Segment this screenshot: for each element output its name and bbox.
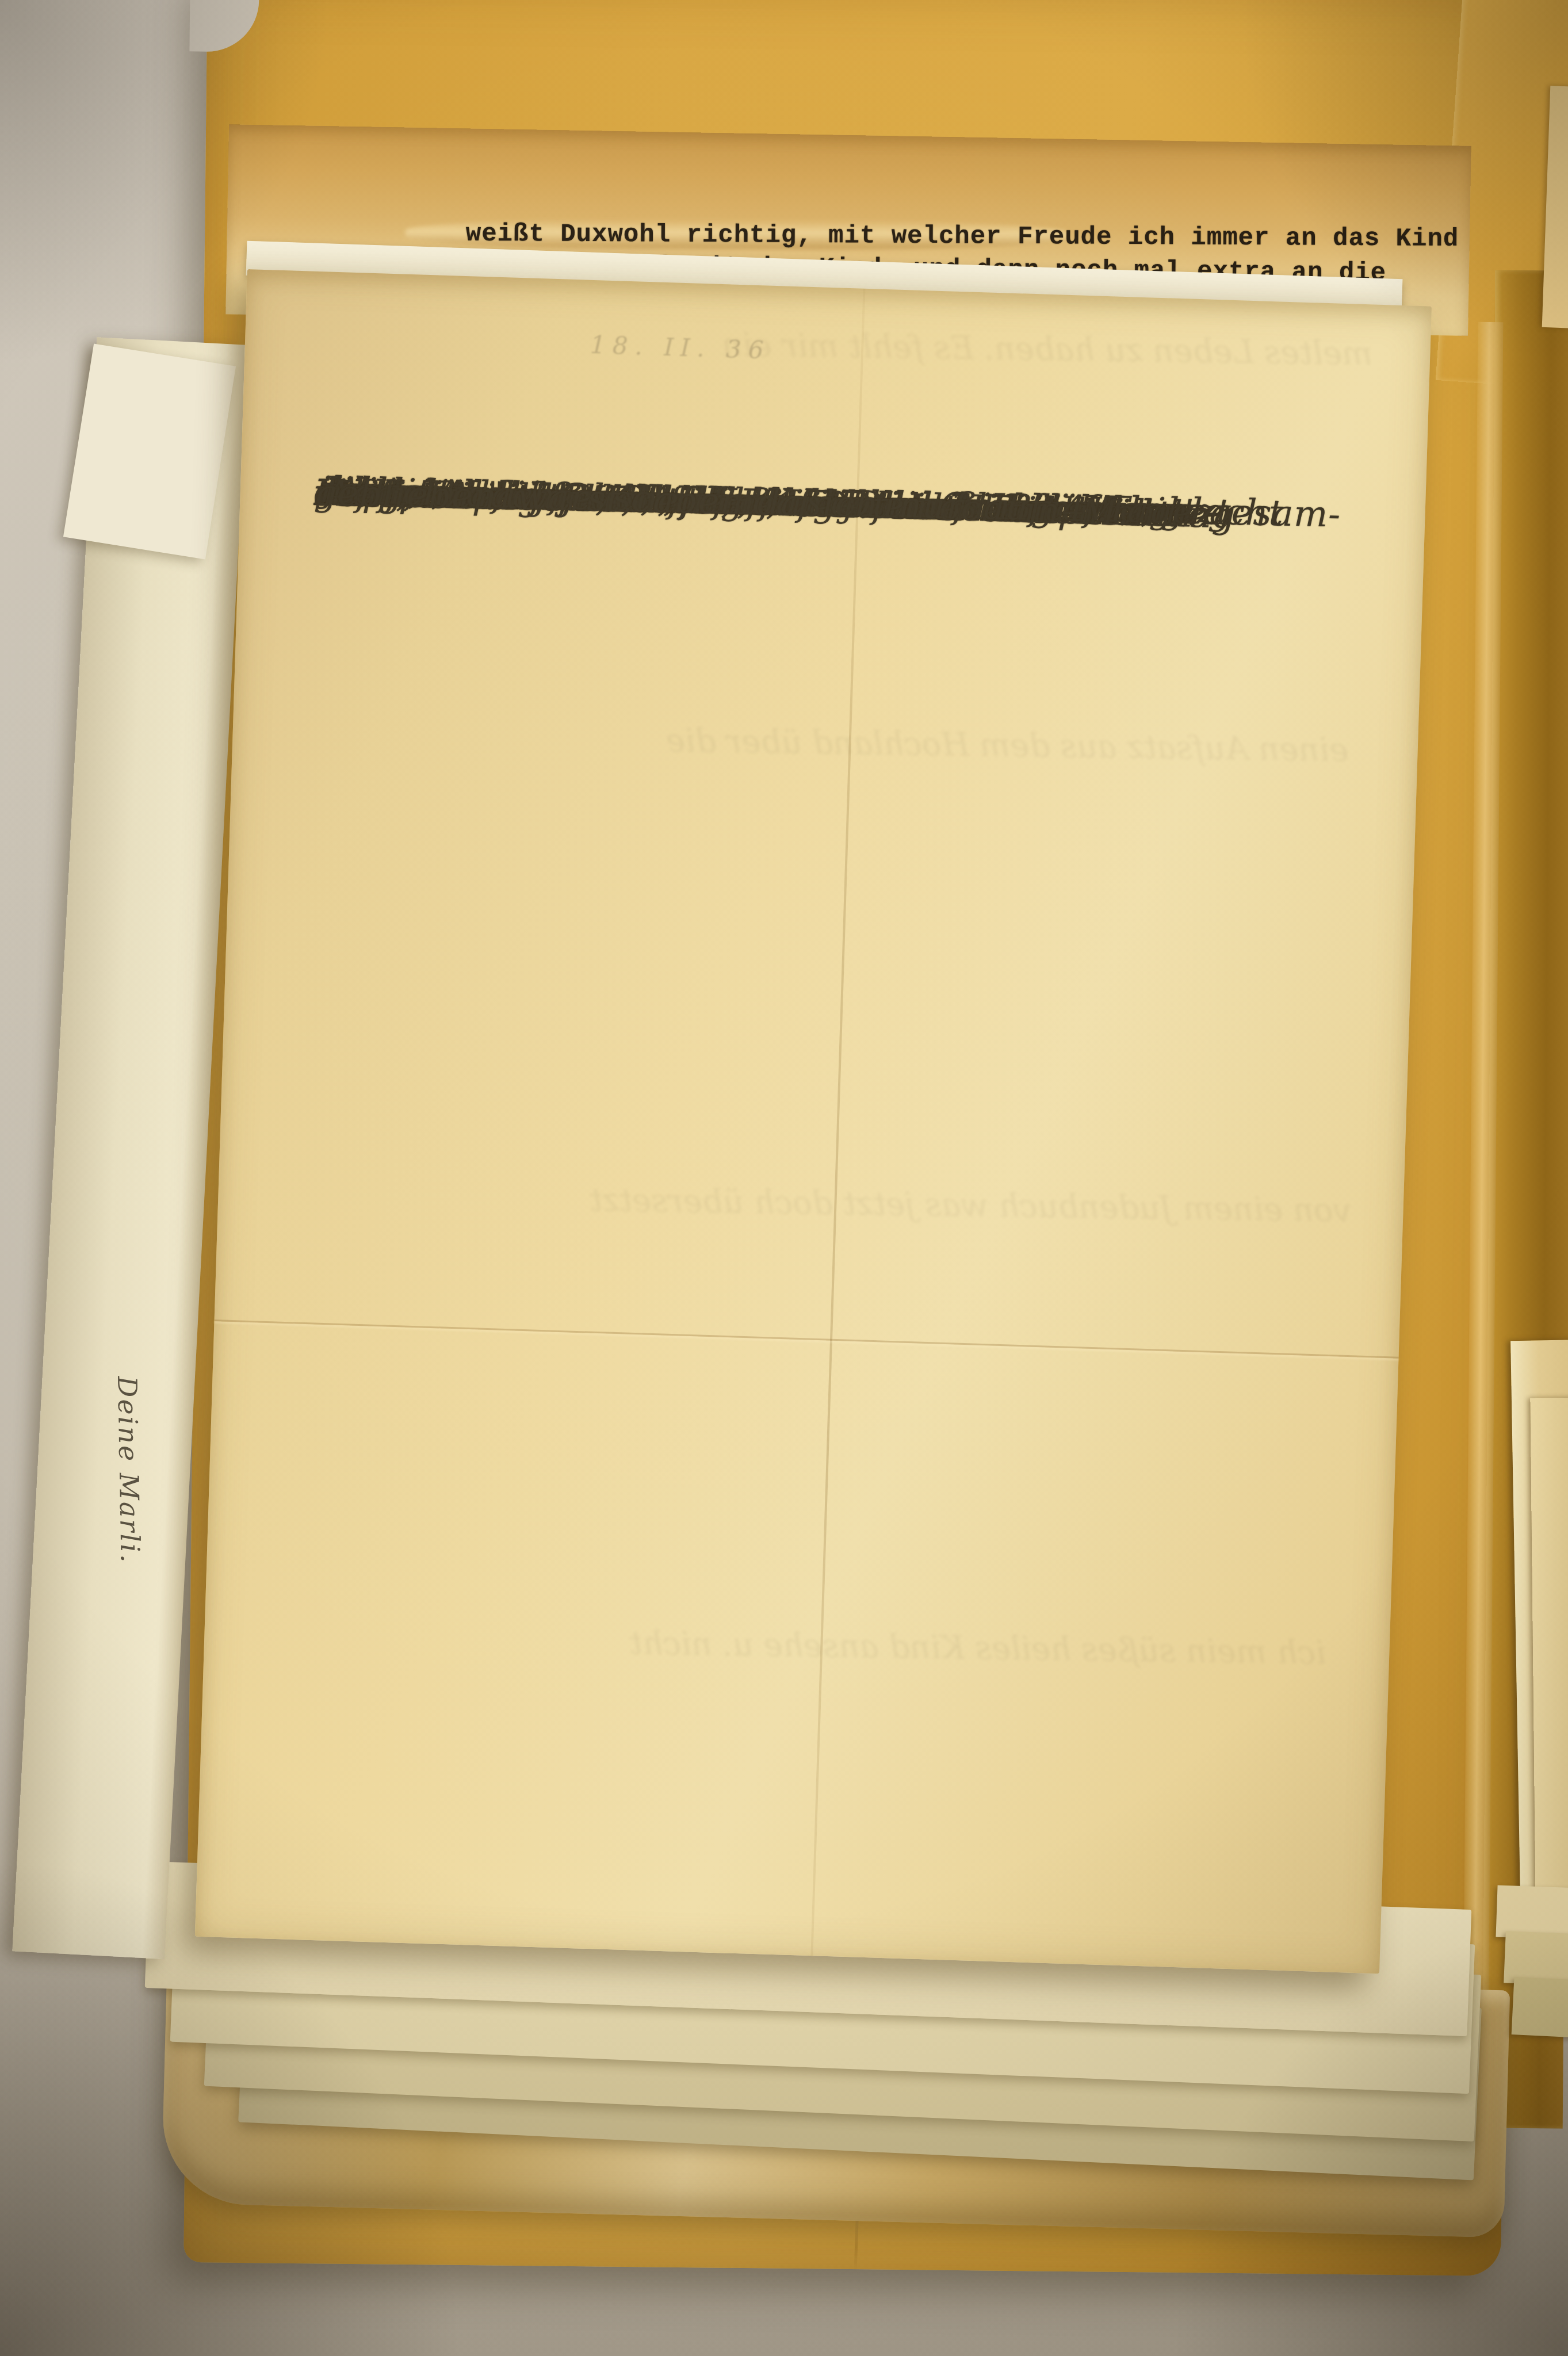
ink-showthrough: ich mein süßes heiles Kind ansehe u. nic… — [233, 1619, 1326, 1672]
typed-line-1: weißt Duxwohl richtig, mit welcher Freud… — [466, 220, 1459, 254]
left-under-sheet-corner — [63, 344, 236, 560]
page-fold-horizontal — [215, 1319, 1399, 1359]
handwritten-line: geblieben warst, aber da ich nur auf 4 T… — [313, 460, 1195, 545]
margin-note-vertical: Deine Marli. — [112, 1376, 146, 1565]
ink-showthrough: meltes Leben zu haben. Es fehlt mir ein — [280, 320, 1373, 373]
right-stack-tab — [1512, 1977, 1568, 2038]
handwritten-text-block: den einzigen Zeitfetzen doch ein irgendw… — [315, 457, 1367, 484]
ink-showthrough: einen Aufsatz aus dem Hochland über die — [255, 716, 1349, 769]
ink-showthrough: von einem Judenbuch was jetzt doch übers… — [258, 1177, 1352, 1230]
archive-photo: weißt Duxwohl richtig, mit welcher Freud… — [0, 0, 1568, 2356]
letter-page: 18. II. 36 meltes Leben zu haben. Es feh… — [195, 269, 1432, 1973]
